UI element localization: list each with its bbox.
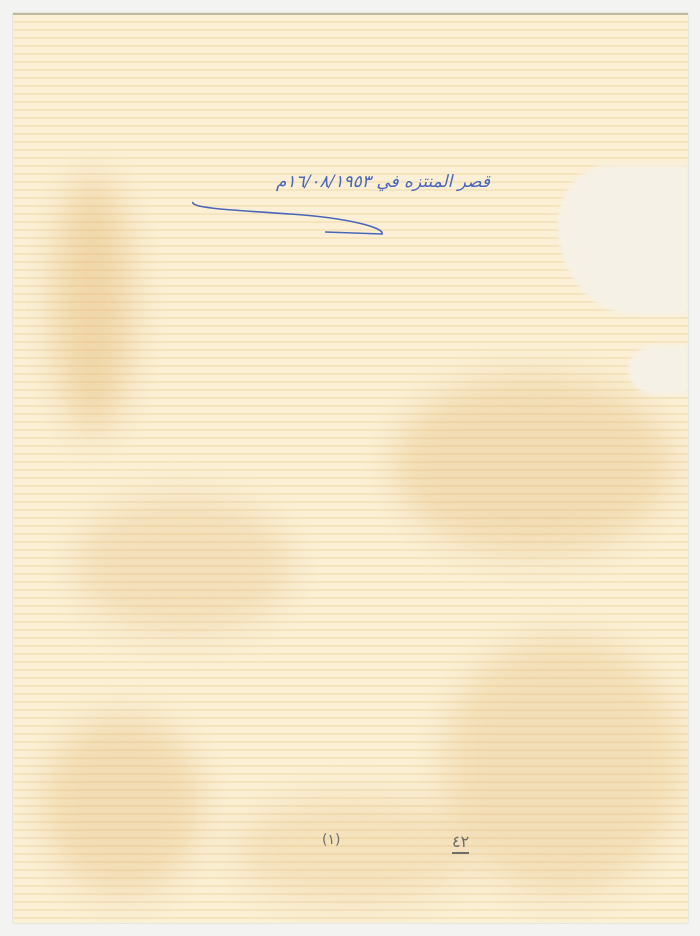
pencil-mark-index: (١) xyxy=(322,832,340,848)
torn-paper-patch xyxy=(628,345,688,395)
glue-stain xyxy=(73,495,293,635)
photo-back-paper xyxy=(13,13,688,923)
pencil-mark-number: ٤٢ xyxy=(452,832,469,854)
glue-stain xyxy=(53,175,133,435)
glue-stain xyxy=(443,635,683,895)
glue-stain xyxy=(43,715,203,895)
inscription-flourish xyxy=(190,188,390,238)
glue-stain xyxy=(393,375,673,555)
glue-stain xyxy=(233,795,473,905)
